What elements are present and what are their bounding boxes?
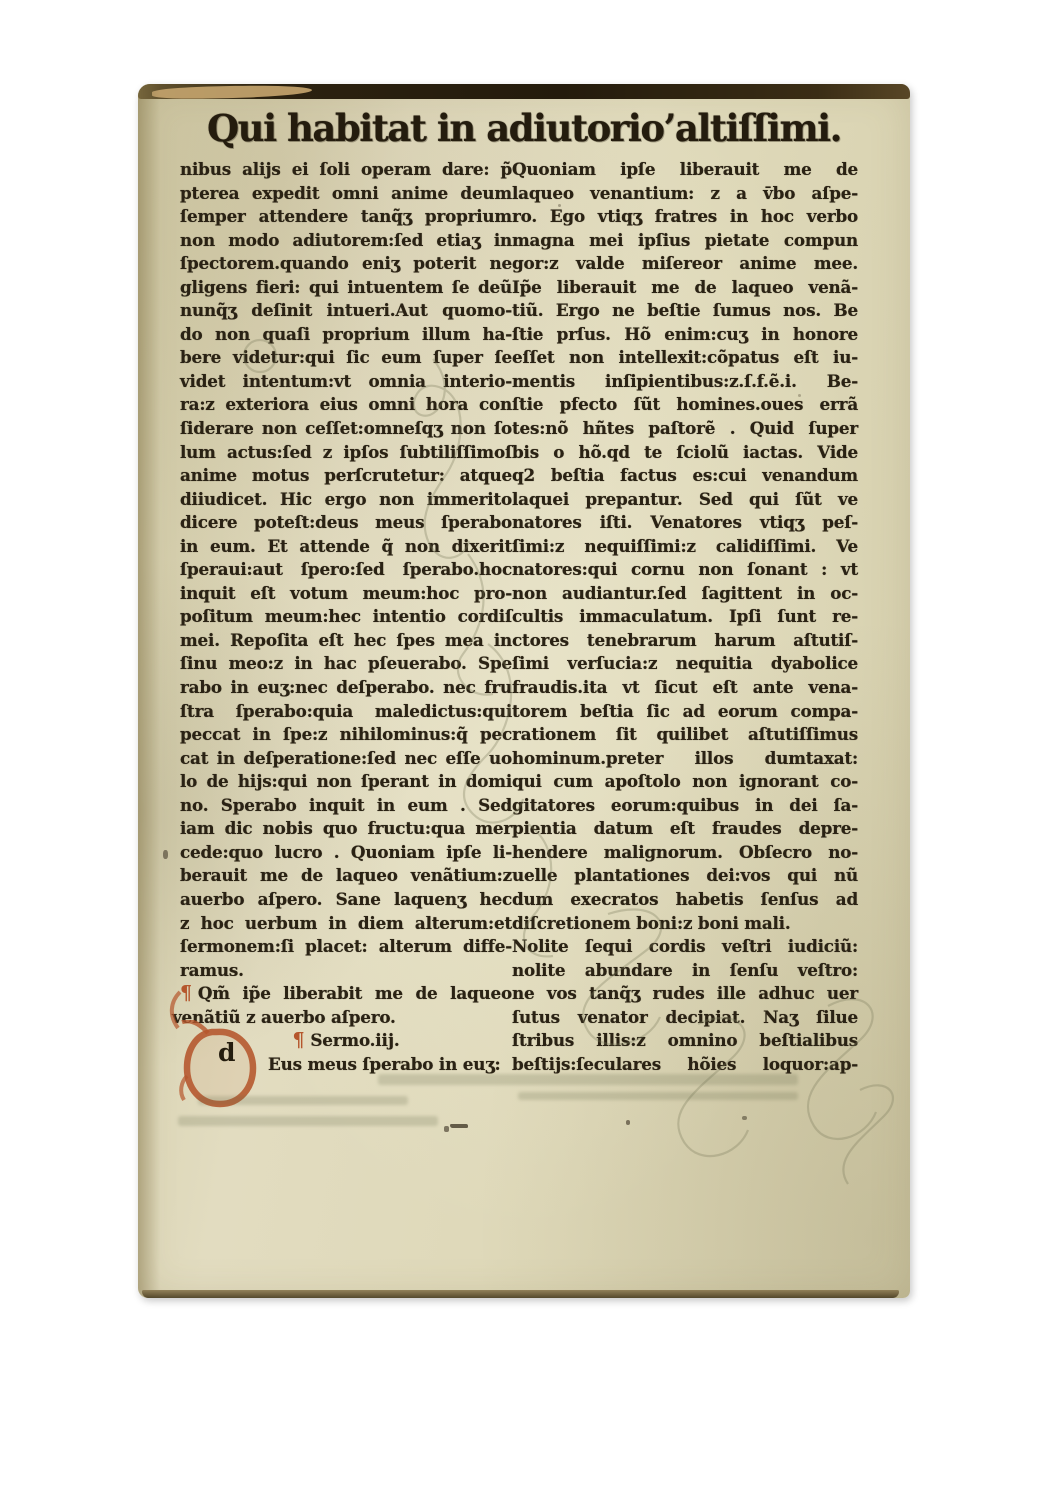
text-line: Nolite ſequi cordis veſtri iudiciũ:: [512, 935, 858, 959]
text-line: magna mei ipſius pietate compun: [512, 229, 858, 253]
text-line: ſtie prſus. Hõ enim:cuʒ in honore: [512, 323, 858, 347]
text-line: gitatores eorum:quibus in dei ſa-: [512, 794, 858, 818]
line-text: berauit me de laqueo venãtium:z: [180, 865, 512, 885]
line-text: diſcretionem boni:z boni mali.: [512, 913, 791, 933]
text-line: q2 beſtia factus es:cui venandum: [512, 464, 858, 488]
text-line: ramus.: [180, 959, 512, 983]
line-text: hendere malignorum. Obſecro no-: [512, 842, 858, 862]
line-text: q2 beſtia factus es:cui venandum: [512, 465, 858, 485]
text-line: ro. Ego vtiqʒ fratres in hoc verbo: [512, 205, 858, 229]
text-line: hominum.preter illos dumtaxat:: [512, 747, 858, 771]
text-line: tes:nõ hñtes paſtorẽ . Quid ſuper: [512, 417, 858, 441]
rubric-pilcrow-icon: ¶: [292, 1029, 304, 1054]
line-text: mei. Repoſita eſt hec ſpes mea in: [180, 630, 512, 650]
line-text: cultis immaculatum. Ipſi ſunt re-: [512, 606, 858, 626]
ink-mark: [798, 394, 801, 397]
text-line: ſutus venator decipiat. Naʒ ſilue: [512, 1006, 858, 1030]
line-text: torem beſtia ſic ad eorum compa-: [512, 701, 858, 721]
line-text: iam dic nobis quo fructu:qua mer: [180, 818, 512, 838]
text-line: diiudicet. Hic ergo non immerito: [180, 488, 512, 512]
line-text: ſpectorem.quando eniʒ poterit ne: [180, 253, 512, 273]
show-through: [378, 1074, 798, 1085]
line-text: nolite abundare in ſenſu veſtro:: [512, 960, 858, 980]
text-line: ne vos tanq̃ʒ rudes ille adhuc uer: [512, 982, 858, 1006]
line-text: videt intentum:vt omnia interio-: [180, 371, 512, 391]
line-text: Nolite ſequi cordis veſtri iudiciũ:: [512, 936, 858, 956]
line-text: non audiantur.ſed ſagittent in oc-: [512, 583, 858, 603]
text-line: natores:qui cornu non ſonant : vt: [512, 558, 858, 582]
text-line: ſpectorem.quando eniʒ poterit ne: [180, 252, 512, 276]
text-line: qui cum apoſtolo non ignorant co-: [512, 770, 858, 794]
text-line: uelle plantationes dei:vos qui nũ: [512, 864, 858, 888]
text-line: fraudis.ita vt ſicut eſt ante vena-: [512, 676, 858, 700]
line-text: ſtribus illis:z omnino beſtialibus: [512, 1030, 858, 1050]
line-text: Sermo.iĳ.: [310, 1030, 399, 1050]
line-text: inquit eſt votum meum:hoc pro-: [180, 583, 512, 603]
text-line: videt intentum:vt omnia interio-: [180, 370, 512, 394]
text-line: beſtĳs:ſeculares hõies loquor:ap-: [512, 1053, 858, 1077]
line-text: nibus alĳs ei ſoli operam dare: p̃: [180, 159, 512, 179]
ink-mark: [444, 1126, 449, 1132]
guide-letter: d: [218, 1040, 235, 1065]
text-line: ra:z exteriora eius omni hora con: [180, 393, 512, 417]
line-text: ſtra ſperabo:quia maledictus:qui: [180, 701, 512, 721]
text-line: nunq̃ʒ deſinit intueri.Aut quomo-: [180, 299, 512, 323]
line-text: gligens fieri: qui intuentem ſe deũ: [180, 277, 512, 297]
line-text: ſinu meo:z in hac pſeuerabo. Spe: [180, 653, 512, 673]
text-line: poſitum meum:hec intentio cordiſ: [180, 605, 512, 629]
text-line: tiũ. Ergo ne beſtie ſumus nos. Be: [512, 299, 858, 323]
text-line: Ip̃e liberauit me de laqueo venã-: [512, 276, 858, 300]
ink-mark: [450, 1124, 468, 1128]
line-text: rabo in euʒ:nec deſperabo. nec fru: [180, 677, 512, 697]
line-text: hominum.preter illos dumtaxat:: [512, 748, 858, 768]
text-column-left: nibus alĳs ei ſoli operam dare: p̃pterea…: [180, 158, 512, 1076]
text-line: nolite abundare in ſenſu veſtro:: [512, 959, 858, 983]
ink-mark: [742, 1116, 747, 1120]
line-text: mentis inſipientibus:z.ſ.f.ẽ.i. Be-: [512, 371, 858, 391]
text-line: ſemper attendere tanq̃ʒ proprium: [180, 205, 512, 229]
line-text: laqueo venantium: z a v̄bo aſpe-: [512, 183, 858, 203]
line-text: Eus meus ſperabo in euʒ:: [268, 1054, 501, 1074]
line-text: tiũ. Ergo ne beſtie ſumus nos. Be: [512, 300, 858, 320]
line-text: ro. Ego vtiqʒ fratres in hoc verbo: [512, 206, 858, 226]
text-line: cultis immaculatum. Ipſi ſunt re-: [512, 605, 858, 629]
text-line: ſiderare non ceſſet:omneſqʒ non ſo: [180, 417, 512, 441]
line-text: auerbo aſpero. Sane laquenʒ hec: [180, 889, 512, 909]
page-bottom-edge: [142, 1290, 899, 1298]
line-text: tes:nõ hñtes paſtorẽ . Quid ſuper: [512, 418, 858, 438]
line-text: natores iſti. Venatores vtiqʒ peſ-: [512, 512, 858, 532]
line-text: do non quaſi proprium illum ha-: [180, 324, 512, 344]
text-line: ¶Qm̃ ip̃e liberabit me de laqueo: [180, 982, 512, 1006]
text-line: eſſet non intellexit:cõpatus eſt iu-: [512, 346, 858, 370]
line-text: dum execratos habetis ſenſus ad: [512, 889, 858, 909]
line-text: ſperaui:aut ſpero:ſed ſperabo.hoc: [180, 559, 512, 579]
rubric-swash-icon: [166, 990, 186, 1030]
line-text: beſtĳs:ſeculares hõies loquor:ap-: [512, 1054, 858, 1074]
text-line: berauit me de laqueo venãtium:z: [180, 864, 512, 888]
line-text: uelle plantationes dei:vos qui nũ: [512, 865, 858, 885]
text-line: torem beſtia ſic ad eorum compa-: [512, 700, 858, 724]
text-line: diſcretionem boni:z boni mali.: [512, 912, 858, 936]
text-line: no. Sperabo inquit in eum . Sed: [180, 794, 512, 818]
line-text: ramus.: [180, 960, 244, 980]
line-text: ſimi verſucia:z nequitia dyabolice: [512, 653, 858, 673]
text-line: ſtribus illis:z omnino beſtialibus: [512, 1029, 858, 1053]
line-text: ſiderare non ceſſet:omneſqʒ non ſo: [180, 418, 512, 438]
text-line: dum execratos habetis ſenſus ad: [512, 888, 858, 912]
page-heading: Qui habitat in adiutorio’altiſſimi.: [162, 106, 886, 150]
text-line: ctores tenebrarum harum aſtutiſ-: [512, 629, 858, 653]
text-line: non audiantur.ſed ſagittent in oc-: [512, 582, 858, 606]
line-text: in eum. Et attende q̃ non dixerit: [180, 536, 512, 556]
text-line: ſperaui:aut ſpero:ſed ſperabo.hoc: [180, 558, 512, 582]
line-text: ra:z exteriora eius omni hora con: [180, 394, 512, 414]
text-line: do non quaſi proprium illum ha-: [180, 323, 512, 347]
ink-mark: [558, 204, 561, 207]
text-line: laqueo venantium: z a v̄bo aſpe-: [512, 182, 858, 206]
text-line: natores iſti. Venatores vtiqʒ peſ-: [512, 511, 858, 535]
line-text: cede:quo lucro . Quoniam ipſe li-: [180, 842, 512, 862]
text-line: lum actus:ſed z ipſos ſubtiliſſimoſ: [180, 441, 512, 465]
line-text: ſtie pfecto ſũt homines.oues errã: [512, 394, 858, 414]
text-line: mentis inſipientibus:z.ſ.f.ẽ.i. Be-: [512, 370, 858, 394]
text-column-right: Quoniam ipſe liberauit me delaqueo venan…: [512, 158, 858, 1076]
show-through: [178, 1116, 438, 1126]
line-text: ctores tenebrarum harum aſtutiſ-: [512, 630, 858, 650]
book-page: Qui habitat in adiutorio’altiſſimi. nibu…: [138, 84, 910, 1298]
line-text: natores:qui cornu non ſonant : vt: [512, 559, 858, 579]
line-text: bere videtur:qui ſic eum ſuper ſe: [180, 347, 512, 367]
line-text: lo de hĳs:qui non ſperant in domi: [180, 771, 512, 791]
line-text: lum actus:ſed z ipſos ſubtiliſſimoſ: [180, 442, 512, 462]
text-line: ſinu meo:z in hac pſeuerabo. Spe: [180, 652, 512, 676]
show-through: [518, 1092, 798, 1100]
text-line: dicere poteſt:deus meus ſperabo: [180, 511, 512, 535]
text-line: bere videtur:qui ſic eum ſuper ſe: [180, 346, 512, 370]
text-line: gligens fieri: qui intuentem ſe deũ: [180, 276, 512, 300]
line-text: ſimi:z nequiſſimi:z calidiſſimi. Ve: [512, 536, 858, 556]
line-text: non modo adiutorem:ſed etiaʒ in: [180, 230, 512, 250]
text-line: mei. Repoſita eſt hec ſpes mea in: [180, 629, 512, 653]
line-text: pientia datum eſt fraudes depre-: [512, 818, 858, 838]
text-line: cat in deſperatione:ſed nec eſſe uo: [180, 747, 512, 771]
line-text: bis o hõ.qd te ſciolũ iactas. Vide: [512, 442, 858, 462]
text-line: laquei prepantur. Sed qui ſũt ve: [512, 488, 858, 512]
text-line: lo de hĳs:qui non ſperant in domi: [180, 770, 512, 794]
text-line: hendere malignorum. Obſecro no-: [512, 841, 858, 865]
ink-mark: [626, 1120, 630, 1125]
page-scan: Qui habitat in adiutorio’altiſſimi. nibu…: [0, 0, 1060, 1500]
text-line: ſtra ſperabo:quia maledictus:qui: [180, 700, 512, 724]
text-line: ſtie pfecto ſũt homines.oues errã: [512, 393, 858, 417]
line-text: ſtie prſus. Hõ enim:cuʒ in honore: [512, 324, 858, 344]
spine-shadow: [138, 84, 160, 1298]
show-through: [198, 1096, 408, 1105]
text-line: rationem ſit quilibet aſtutiſſimus: [512, 723, 858, 747]
line-text: dicere poteſt:deus meus ſperabo: [180, 512, 512, 532]
text-line: in eum. Et attende q̃ non dixerit: [180, 535, 512, 559]
line-text: peccat in ſpe:z nihilominus:q̃ pec: [180, 724, 512, 744]
line-text: qui cum apoſtolo non ignorant co-: [512, 771, 858, 791]
text-block: nibus alĳs ei ſoli operam dare: p̃pterea…: [180, 158, 858, 1076]
line-text: Quoniam ipſe liberauit me de: [512, 159, 858, 179]
text-line: auerbo aſpero. Sane laquenʒ hec: [180, 888, 512, 912]
line-text: eſſet non intellexit:cõpatus eſt iu-: [512, 347, 858, 367]
line-text: cat in deſperatione:ſed nec eſſe uo: [180, 748, 512, 768]
line-text: gitatores eorum:quibus in dei ſa-: [512, 795, 858, 815]
text-line: z hoc uerbum in diem alterum:et: [180, 912, 512, 936]
line-text: poſitum meum:hec intentio cordiſ: [180, 606, 512, 626]
text-line: bis o hõ.qd te ſciolũ iactas. Vide: [512, 441, 858, 465]
line-text: Ip̃e liberauit me de laqueo venã-: [512, 277, 858, 297]
line-text: Qm̃ ip̃e liberabit me de laqueo: [198, 983, 512, 1003]
text-line: cede:quo lucro . Quoniam ipſe li-: [180, 841, 512, 865]
text-line: pientia datum eſt fraudes depre-: [512, 817, 858, 841]
line-text: nunq̃ʒ deſinit intueri.Aut quomo-: [180, 300, 512, 320]
line-text: ſemper attendere tanq̃ʒ proprium: [180, 206, 512, 226]
text-line: ſimi:z nequiſſimi:z calidiſſimi. Ve: [512, 535, 858, 559]
line-text: ſermonem:ſi placet: alterum diffe-: [180, 936, 512, 956]
text-line: nibus alĳs ei ſoli operam dare: p̃: [180, 158, 512, 182]
line-text: rationem ſit quilibet aſtutiſſimus: [512, 724, 858, 744]
line-text: z hoc uerbum in diem alterum:et: [180, 913, 512, 933]
text-line: iam dic nobis quo fructu:qua mer: [180, 817, 512, 841]
line-text: pterea expedit omni anime deum: [180, 183, 512, 203]
line-text: anime motus perſcrutetur: atque: [180, 465, 512, 485]
text-line: gor:z valde miſereor anime mee.: [512, 252, 858, 276]
line-text: gor:z valde miſereor anime mee.: [512, 253, 858, 273]
line-text: ſutus venator decipiat. Naʒ ſilue: [512, 1007, 858, 1027]
line-text: magna mei ipſius pietate compun: [512, 230, 858, 250]
text-line: peccat in ſpe:z nihilominus:q̃ pec: [180, 723, 512, 747]
text-line: inquit eſt votum meum:hoc pro-: [180, 582, 512, 606]
text-line: non modo adiutorem:ſed etiaʒ in: [180, 229, 512, 253]
text-line: rabo in euʒ:nec deſperabo. nec fru: [180, 676, 512, 700]
text-line: ſimi verſucia:z nequitia dyabolice: [512, 652, 858, 676]
text-line: ſermonem:ſi placet: alterum diffe-: [180, 935, 512, 959]
text-line: pterea expedit omni anime deum: [180, 182, 512, 206]
line-text: laquei prepantur. Sed qui ſũt ve: [512, 489, 858, 509]
line-text: diiudicet. Hic ergo non immerito: [180, 489, 512, 509]
ink-mark: [163, 850, 168, 859]
line-text: ne vos tanq̃ʒ rudes ille adhuc uer: [512, 983, 858, 1003]
line-text: fraudis.ita vt ſicut eſt ante vena-: [512, 677, 858, 697]
text-line: anime motus perſcrutetur: atque: [180, 464, 512, 488]
text-line: Quoniam ipſe liberauit me de: [512, 158, 858, 182]
line-text: no. Sperabo inquit in eum . Sed: [180, 795, 512, 815]
